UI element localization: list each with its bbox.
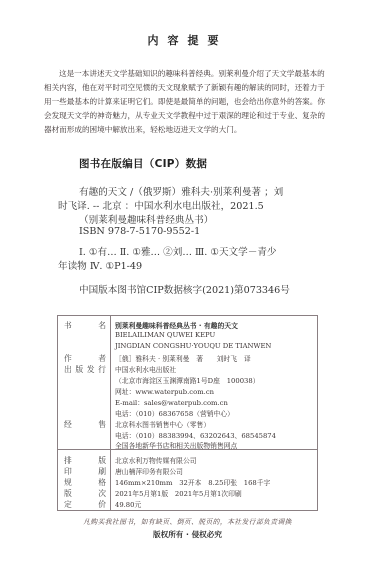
label-edition: 版次 bbox=[64, 488, 106, 499]
cip-isbn: ISBN 978-7-5170-9552-1 bbox=[79, 226, 200, 237]
label-distributor: 经售 bbox=[64, 419, 106, 430]
value-edition: 2021年5月第1版 2021年5月第1次印刷 bbox=[115, 488, 242, 498]
value-price: 49.80元 bbox=[115, 499, 141, 509]
value-website: 网址：www.waterpub.com.cn bbox=[115, 386, 214, 396]
colophon-table: 书名 作者 出版发行 经售 排版 印刷 规格 版次 定价 别莱利曼趣味科普经典丛… bbox=[57, 315, 318, 511]
table-divider bbox=[110, 316, 111, 510]
summary-line: 会发现天文学的神奇魅力，从专业天文学教程中过于艰深的理论和过于专业、复杂的 bbox=[44, 109, 336, 123]
cip-number: 中国版本图书馆CIP数据核字(2021)第073346号 bbox=[79, 282, 290, 296]
value-specs: 146mm×210mm 32开本 8.25印张 168千字 bbox=[115, 477, 270, 487]
footer-notice: 凡购买我社图书，如有缺页、倒页、脱页的，本社发行部负责调换 bbox=[0, 516, 375, 526]
value-typesetting: 北京水利万物传媒有限公司 bbox=[115, 455, 197, 465]
cip-line: （别莱利曼趣味科普经典丛书） bbox=[79, 212, 213, 226]
label-printing: 印刷 bbox=[64, 466, 106, 477]
label-publisher: 出版发行 bbox=[64, 364, 106, 375]
cip-line: 年读物 Ⅳ. ①P1-49 bbox=[58, 258, 142, 272]
value-printing: 唐山楠萍印务有限公司 bbox=[115, 466, 183, 476]
value-pinyin-1: BIELAILIMAN QUWEI KEPU bbox=[115, 331, 215, 339]
label-price: 定价 bbox=[64, 499, 106, 510]
summary-line: 用一些最基本的计算来证明它们。即使是最简单的问题，也会给出你意外的答案。你 bbox=[44, 95, 336, 109]
value-author: ［俄］雅科夫 · 别莱利曼 著 刘时飞 译 bbox=[115, 353, 251, 363]
label-specs: 规格 bbox=[64, 477, 106, 488]
cip-line: Ⅰ. ①有… Ⅱ. ①雅… ②刘… Ⅲ. ①天文学－青少 bbox=[79, 244, 277, 258]
cip-heading: 图书在版编目（CIP）数据 bbox=[79, 156, 207, 171]
summary-paragraph: 这是一本讲述天文学基础知识的趣味科普经典。别莱利曼介绍了天文学最基本的 相关内容… bbox=[44, 67, 336, 137]
summary-line: 这是一本讲述天文学基础知识的趣味科普经典。别莱利曼介绍了天文学最基本的 bbox=[44, 67, 336, 81]
label-typesetting: 排版 bbox=[64, 455, 106, 466]
cip-line: 时飞译. -- 北京 ：中国水利水电出版社，2021.5 bbox=[58, 198, 264, 212]
value-retail-center: 北京科水图书销售中心（零售） bbox=[115, 419, 210, 429]
summary-line: 器材而形成的困境中解放出来，轻松地迈进天文学的大门。 bbox=[44, 123, 336, 137]
value-book-title: 别莱利曼趣味科普经典丛书 · 有趣的天文 bbox=[115, 320, 238, 330]
footer-rights: 版权所有 · 侵权必究 bbox=[0, 529, 375, 540]
value-email: E-mail：sales@waterpub.com.cn bbox=[115, 397, 228, 407]
value-phone-marketing: 电话：（010）68367658（营销中心） bbox=[115, 408, 234, 418]
cip-line: 有趣的天文 /（俄罗斯）雅科夫·别莱利曼著 ；刘 bbox=[79, 184, 283, 198]
value-distribution: 全国各地新华书店和相关出版物销售网点 bbox=[115, 440, 237, 450]
label-book-title: 书名 bbox=[64, 320, 106, 331]
value-address: （北京市海淀区玉渊潭南路1号D座 100038） bbox=[115, 375, 259, 385]
value-phone-retail: 电话：（010）88383994、63202643、68545874 bbox=[115, 430, 276, 440]
summary-line: 相关内容，他在对平时司空见惯的天文现象赋予了新颖有趣的解读的同时，还着力于 bbox=[44, 81, 336, 95]
value-publisher: 中国水利水电出版社 bbox=[115, 364, 176, 374]
value-pinyin-2: JINGDIAN CONGSHU·YOUQU DE TIANWEN bbox=[115, 342, 271, 350]
label-author: 作者 bbox=[64, 353, 106, 364]
summary-title: 内容提要 bbox=[0, 32, 375, 48]
